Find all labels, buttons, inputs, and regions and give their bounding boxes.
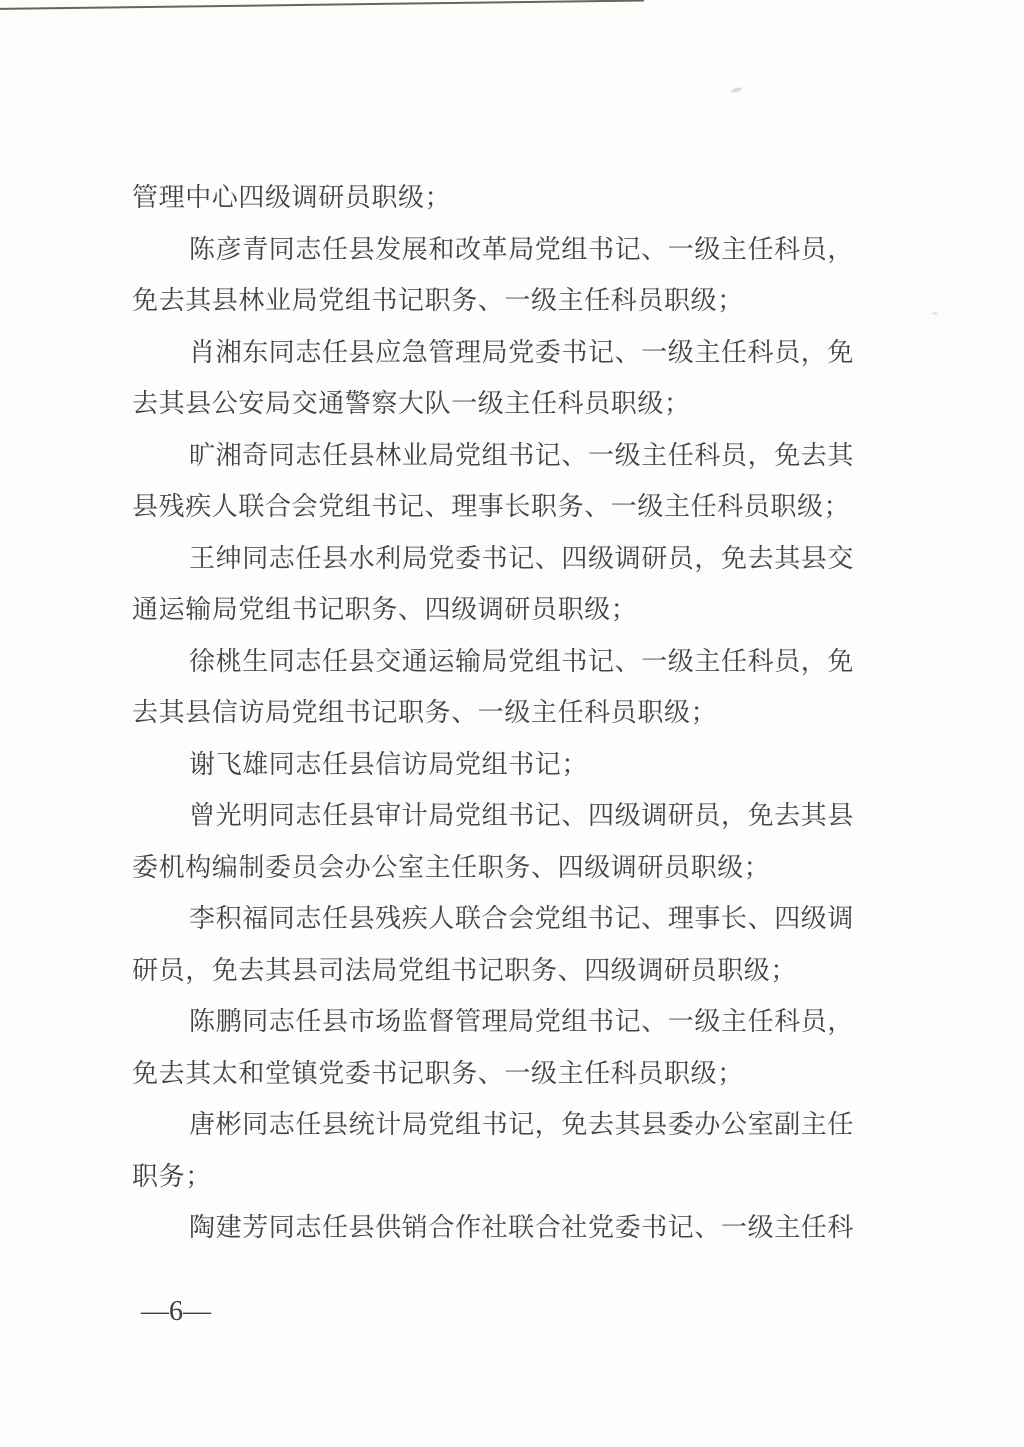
text-line: 县残疾人联合会党组书记、理事长职务、一级主任科员职级；	[132, 481, 912, 533]
text-line: 曾光明同志任县审计局党组书记、四级调研员，免去其县	[132, 790, 912, 842]
text-line: 去其县公安局交通警察大队一级主任科员职级；	[132, 378, 912, 430]
text-line: 王绅同志任县水利局党委书记、四级调研员，免去其县交	[132, 533, 912, 585]
text-line: 去其县信访局党组书记职务、一级主任科员职级；	[132, 687, 912, 739]
text-line: 谢飞雄同志任县信访局党组书记；	[132, 739, 912, 791]
text-line: 通运输局党组书记职务、四级调研员职级；	[132, 584, 912, 636]
scan-speck	[932, 312, 938, 315]
text-line: 免去其太和堂镇党委书记职务、一级主任科员职级；	[132, 1048, 912, 1100]
document-text: 管理中心四级调研员职级；陈彦青同志任县发展和改革局党组书记、一级主任科员，免去其…	[132, 172, 912, 1254]
text-line: 唐彬同志任县统计局党组书记，免去其县委办公室副主任	[132, 1099, 912, 1151]
text-line: 旷湘奇同志任县林业局党组书记、一级主任科员，免去其	[132, 430, 912, 482]
scan-speck	[731, 86, 743, 93]
text-line: 陈彦青同志任县发展和改革局党组书记、一级主任科员，	[132, 224, 912, 276]
text-line: 肖湘东同志任县应急管理局党委书记、一级主任科员，免	[132, 327, 912, 379]
text-line: 李积福同志任县残疾人联合会党组书记、理事长、四级调	[132, 893, 912, 945]
text-line: 陶建芳同志任县供销合作社联合社党委书记、一级主任科	[132, 1202, 912, 1254]
text-line: 研员，免去其县司法局党组书记职务、四级调研员职级；	[132, 945, 912, 997]
text-line: 徐桃生同志任县交通运输局党组书记、一级主任科员，免	[132, 636, 912, 688]
document-page: 管理中心四级调研员职级；陈彦青同志任县发展和改革局党组书记、一级主任科员，免去其…	[0, 0, 1024, 1447]
text-line: 陈鹏同志任县市场监督管理局党组书记、一级主任科员，	[132, 996, 912, 1048]
text-line: 免去其县林业局党组书记职务、一级主任科员职级；	[132, 275, 912, 327]
text-line: 管理中心四级调研员职级；	[132, 172, 912, 224]
text-line: 职务；	[132, 1151, 912, 1203]
text-line: 委机构编制委员会办公室主任职务、四级调研员职级；	[132, 842, 912, 894]
scan-edge-artifact	[0, 0, 644, 10]
page-number: —6—	[141, 1291, 211, 1333]
